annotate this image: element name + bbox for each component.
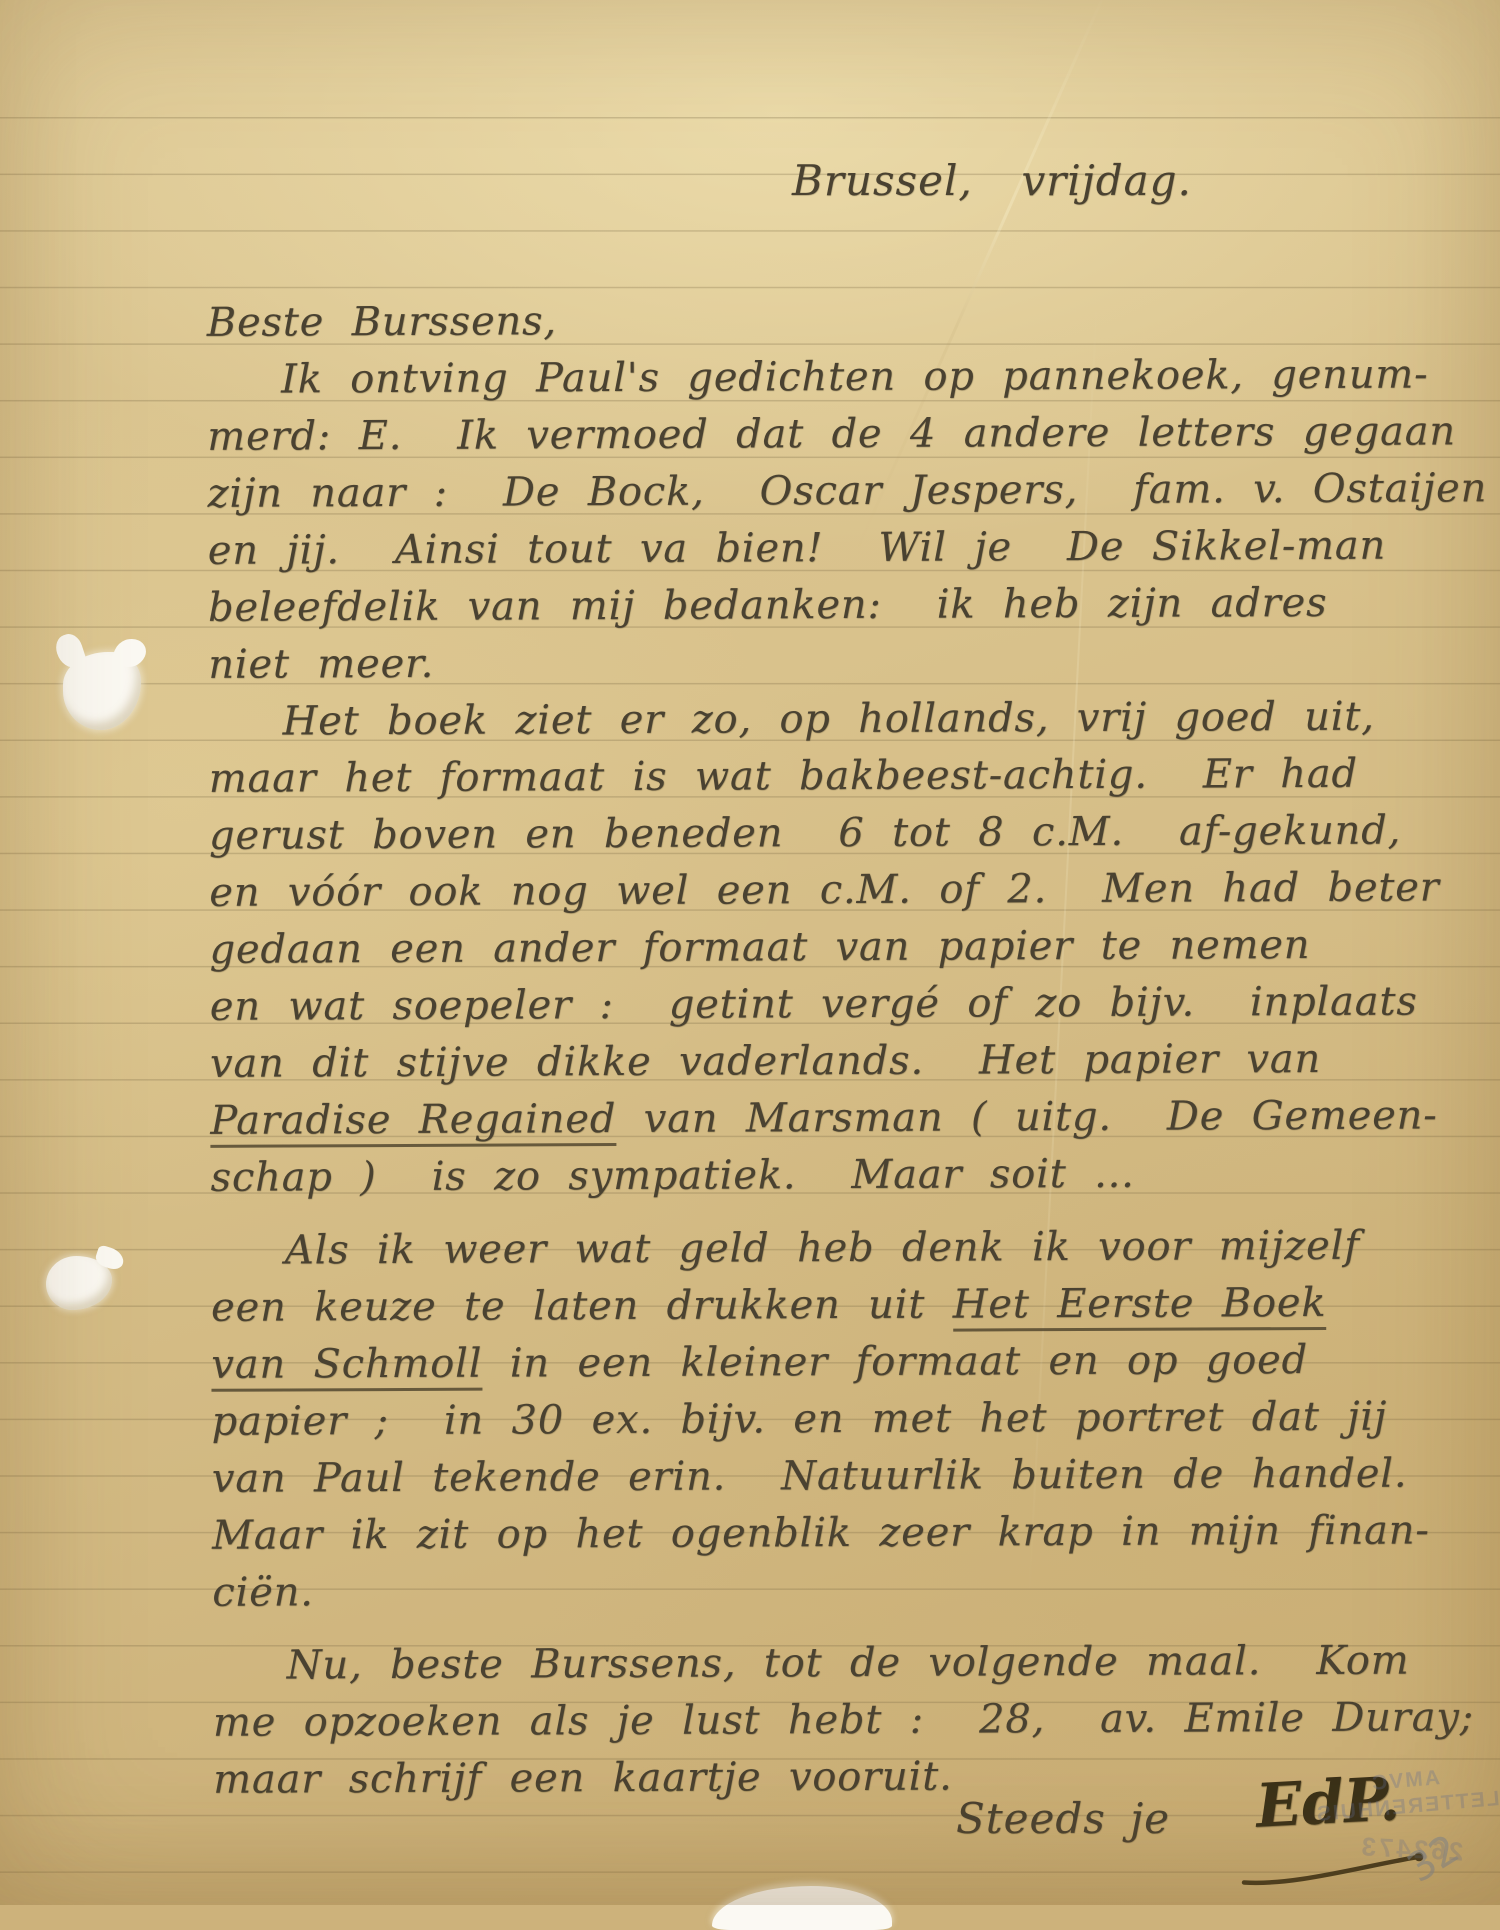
underlined-title: Het Eerste Boek — [953, 1280, 1327, 1332]
letter-line: van Paul tekende erin. Natuurlik buiten … — [212, 1445, 1500, 1508]
letter-line: zijn naar : De Bock, Oscar Jespers, fam.… — [207, 460, 1497, 523]
letter-line-text: niet meer. — [208, 641, 434, 688]
letter-line: Paradise Regained van Marsman ( uitg. De… — [210, 1087, 1500, 1150]
letter-line: schap ) is zo sympatiek. Maar soit ... — [210, 1144, 1500, 1207]
letter-line: ciën. — [212, 1559, 1500, 1622]
letter-line-text: van Marsman ( uitg. De Gemeen- — [616, 1092, 1437, 1142]
letter-line-text: van dit stijve dikke vaderlands. Het pap… — [210, 1036, 1321, 1087]
letter-line: van dit stijve dikke vaderlands. Het pap… — [210, 1030, 1500, 1093]
letter-line: Beste Burssens, — [207, 289, 1497, 352]
letter-line: van Schmoll in een kleiner formaat en op… — [211, 1331, 1500, 1394]
letter-line-text: een keuze te laten drukken uit — [211, 1282, 953, 1331]
letter-line-text: gerust boven en beneden 6 tot 8 c.M. af-… — [209, 808, 1401, 859]
letter-page: Brussel, vrijdag. Beste Burssens,Ik ontv… — [0, 0, 1500, 1905]
letter-line-text: ciën. — [212, 1569, 314, 1615]
letter-line-text: en wat soepeler : getint vergé of zo bij… — [210, 979, 1418, 1030]
letter-line: een keuze te laten drukken uit Het Eerst… — [211, 1274, 1500, 1337]
letter-line-text: schap ) is zo sympatiek. Maar soit ... — [210, 1151, 1134, 1201]
letter-line-text: Het boek ziet er zo, op hollands, vrij g… — [282, 694, 1374, 745]
letter-line-text: me opzoeken als je lust hebt : 28, av. E… — [213, 1694, 1474, 1746]
dateline: Brussel, vrijdag. — [792, 156, 1192, 205]
letter-line-text: maar het formaat is wat bakbeest-achtig.… — [209, 751, 1358, 802]
letter-line-text: Beste Burssens, — [207, 298, 557, 346]
letter-line-text: merd: E. Ik vermoed dat de 4 andere lett… — [207, 408, 1456, 459]
letter-line-text: papier ; in 30 ex. bijv. en met het port… — [212, 1394, 1388, 1445]
letter-line: en vóór ook nog wel een c.M. of 2. Men h… — [209, 859, 1499, 922]
letter-line: me opzoeken als je lust hebt : 28, av. E… — [213, 1689, 1500, 1752]
letter-line: Maar ik zit op het ogenblik zeer krap in… — [212, 1502, 1500, 1565]
letter-line: en wat soepeler : getint vergé of zo bij… — [210, 973, 1500, 1036]
letter-line-text: gedaan een ander formaat van papier te n… — [209, 922, 1310, 973]
underlined-title: Paradise Regained — [210, 1096, 616, 1148]
damage-spot — [63, 652, 141, 730]
letter-line-text: Als ik weer wat geld heb denk ik voor mi… — [285, 1223, 1360, 1274]
damage-spot — [46, 1256, 112, 1310]
letter-line-text: Maar ik zit op het ogenblik zeer krap in… — [212, 1507, 1430, 1558]
letter-line-text: zijn naar : De Bock, Oscar Jespers, fam.… — [207, 465, 1487, 517]
letter-line: beleefdelik van mij bedanken: ik heb zij… — [208, 574, 1498, 637]
letter-line: Nu, beste Burssens, tot de volgende maal… — [213, 1632, 1500, 1695]
letter-line-text: maar schrijf een kaartje vooruit. — [213, 1754, 953, 1803]
letter-line: Het boek ziet er zo, op hollands, vrij g… — [208, 688, 1498, 751]
letter-line-text: Nu, beste Burssens, tot de volgende maal… — [287, 1638, 1410, 1689]
letter-line: merd: E. Ik vermoed dat de 4 andere lett… — [207, 403, 1497, 466]
letter-line-text: Ik ontving Paul's gedichten op pannekoek… — [281, 351, 1429, 402]
letter-line: niet meer. — [208, 631, 1498, 694]
damage-spot — [712, 1886, 892, 1905]
letter-line-text: beleefdelik van mij bedanken: ik heb zij… — [208, 580, 1327, 631]
underlined-title: van Schmoll — [211, 1341, 482, 1392]
closing: Steeds je — [956, 1794, 1170, 1843]
letter-body: Beste Burssens,Ik ontving Paul's gedicht… — [207, 289, 1500, 1809]
letter-line-text: en vóór ook nog wel een c.M. of 2. Men h… — [209, 864, 1440, 915]
letter-line: Ik ontving Paul's gedichten op pannekoek… — [207, 346, 1497, 409]
letter-line: maar het formaat is wat bakbeest-achtig.… — [209, 745, 1499, 808]
letter-line: en jij. Ainsi tout va bien! Wil je De Si… — [208, 517, 1498, 580]
letter-line-text: van Paul tekende erin. Natuurlik buiten … — [212, 1451, 1408, 1502]
letter-line: papier ; in 30 ex. bijv. en met het port… — [211, 1388, 1500, 1451]
letter-line: gedaan een ander formaat van papier te n… — [209, 916, 1499, 979]
letter-line-text: en jij. Ainsi tout va bien! Wil je De Si… — [208, 523, 1386, 574]
letter-line: gerust boven en beneden 6 tot 8 c.M. af-… — [209, 802, 1499, 865]
letter-line: Als ik weer wat geld heb denk ik voor mi… — [211, 1217, 1500, 1280]
letter-line-text: in een kleiner formaat en op goed — [482, 1337, 1308, 1387]
